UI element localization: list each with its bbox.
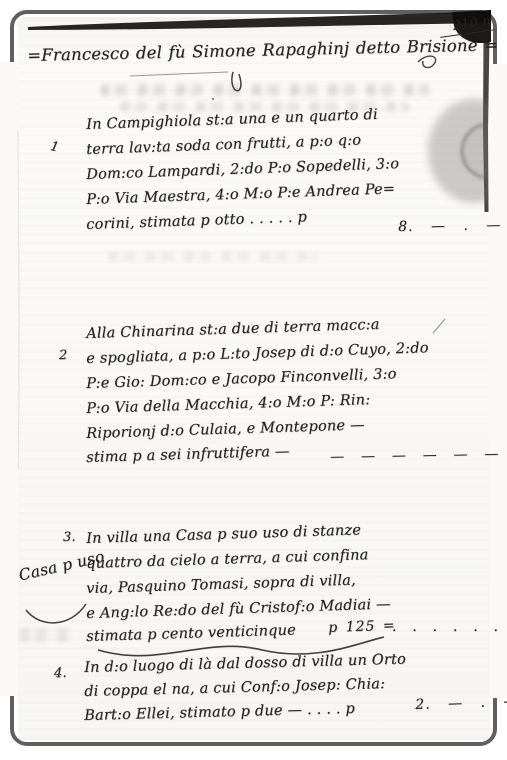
bleed-through-smudge [100,84,430,96]
entry-2-value-dash-line: — — — — — — [330,446,499,465]
manuscript-scan-page: 210 n =Francesco del fù Simone Rapaghinj… [0,0,507,760]
entry-4-value: 2. — . — [415,693,507,713]
entry-3-number: 3. [63,530,76,545]
entry-2-number: 2 [59,348,67,363]
entry-3-value-dots: . . . . . . . [392,619,507,635]
bleed-through-smudge [20,628,72,642]
paper-bulge-right [489,64,507,698]
entry-3-value: p 125 = [328,618,396,636]
entry-1-value: 8. — . — [398,217,501,235]
entry-4-number: 4. [54,666,67,681]
paper-bulge-left [0,62,18,696]
bleed-through-smudge [108,252,318,261]
